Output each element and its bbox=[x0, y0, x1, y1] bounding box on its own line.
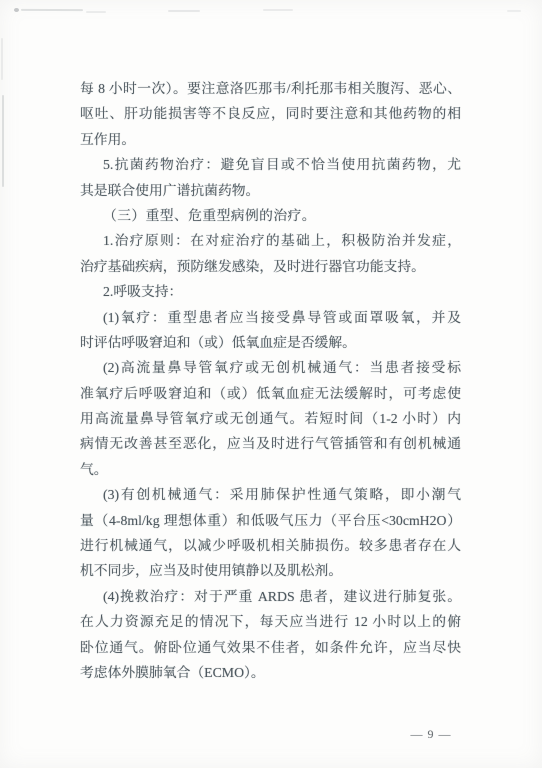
text-line: 呕吐、肝功能损害等不良反应，同时要注意和其他药物的相 bbox=[80, 101, 461, 126]
scan-artifact bbox=[14, 8, 19, 12]
scanned-document-page: 每 8 小时一次）。要注意洛匹那韦/利托那韦相关腹泻、恶心、呕吐、肝功能损害等不… bbox=[0, 0, 542, 768]
scan-artifact bbox=[21, 9, 83, 11]
text-line: 量（4-8ml/kg 理想体重）和低吸气压力（平台压<30cmH2O） bbox=[80, 508, 461, 533]
text-line: 1.治疗原则：在对症治疗的基础上，积极防治并发症， bbox=[80, 228, 461, 253]
paragraph: (4)挽救治疗：对于严重 ARDS 患者，建议进行肺复张。在人力资源充足的情况下… bbox=[80, 584, 461, 686]
paragraph: 2.呼吸支持： bbox=[80, 279, 461, 304]
scan-artifact bbox=[2, 95, 4, 187]
paragraph: (3)有创机械通气：采用肺保护性通气策略，即小潮气量（4-8ml/kg 理想体重… bbox=[80, 482, 461, 584]
scan-artifact bbox=[168, 10, 200, 12]
text-line: 5.抗菌药物治疗：避免盲目或不恰当使用抗菌药物，尤 bbox=[80, 152, 461, 177]
text-line: 2.呼吸支持： bbox=[80, 279, 461, 304]
text-line: 病情无改善甚至恶化，应当及时进行气管插管和有创机械通 bbox=[80, 431, 461, 456]
text-line: (4)挽救治疗：对于严重 ARDS 患者，建议进行肺复张。 bbox=[80, 584, 461, 609]
scan-artifact bbox=[507, 10, 521, 12]
text-line: （三）重型、危重型病例的治疗。 bbox=[80, 203, 461, 228]
text-line: (1)氧疗：重型患者应当接受鼻导管或面罩吸氧，并及 bbox=[80, 305, 461, 330]
text-line: 机不同步，应当及时使用镇静以及肌松剂。 bbox=[80, 558, 461, 583]
text-line: 治疗基础疾病，预防继发感染，及时进行器官功能支持。 bbox=[80, 254, 461, 279]
paragraph: 5.抗菌药物治疗：避免盲目或不恰当使用抗菌药物，尤其是联合使用广谱抗菌药物。 bbox=[80, 152, 461, 203]
paragraph: 1.治疗原则：在对症治疗的基础上，积极防治并发症，治疗基础疾病，预防继发感染，及… bbox=[80, 228, 461, 279]
text-line: 进行机械通气，以减少呼吸机相关肺损伤。较多患者存在人 bbox=[80, 533, 461, 558]
text-line: 用高流量鼻导管氧疗或无创通气。若短时间（1-2 小时）内 bbox=[80, 406, 461, 431]
document-body: 每 8 小时一次）。要注意洛匹那韦/利托那韦相关腹泻、恶心、呕吐、肝功能损害等不… bbox=[80, 76, 461, 685]
text-line: (3)有创机械通气：采用肺保护性通气策略，即小潮气 bbox=[80, 482, 461, 507]
page-number: — 9 — bbox=[401, 727, 461, 742]
paragraph: (2)高流量鼻导管氧疗或无创机械通气：当患者接受标准氧疗后呼吸窘迫和（或）低氧血… bbox=[80, 355, 461, 482]
section-heading: （三）重型、危重型病例的治疗。 bbox=[80, 203, 461, 228]
text-line: 其是联合使用广谱抗菌药物。 bbox=[80, 178, 461, 203]
text-line: 互作用。 bbox=[80, 127, 461, 152]
text-line: 时评估呼吸窘迫和（或）低氧血症是否缓解。 bbox=[80, 330, 461, 355]
text-line: 在人力资源充足的情况下，每天应当进行 12 小时以上的俯 bbox=[80, 609, 461, 634]
scan-artifact bbox=[263, 9, 293, 11]
text-line: 每 8 小时一次）。要注意洛匹那韦/利托那韦相关腹泻、恶心、 bbox=[80, 76, 461, 101]
text-line: (2)高流量鼻导管氧疗或无创机械通气：当患者接受标 bbox=[80, 355, 461, 380]
paragraph: 每 8 小时一次）。要注意洛匹那韦/利托那韦相关腹泻、恶心、呕吐、肝功能损害等不… bbox=[80, 76, 461, 152]
scan-artifact bbox=[86, 11, 106, 13]
text-line: 准氧疗后呼吸窘迫和（或）低氧血症无法缓解时，可考虑使 bbox=[80, 381, 461, 406]
scan-artifact bbox=[1, 38, 3, 80]
text-line: 卧位通气。俯卧位通气效果不佳者，如条件允许，应当尽快 bbox=[80, 635, 461, 660]
text-line: 气。 bbox=[80, 457, 461, 482]
paragraph: (1)氧疗：重型患者应当接受鼻导管或面罩吸氧，并及时评估呼吸窘迫和（或）低氧血症… bbox=[80, 305, 461, 356]
text-line: 考虑体外膜肺氧合（ECMO）。 bbox=[80, 660, 461, 685]
